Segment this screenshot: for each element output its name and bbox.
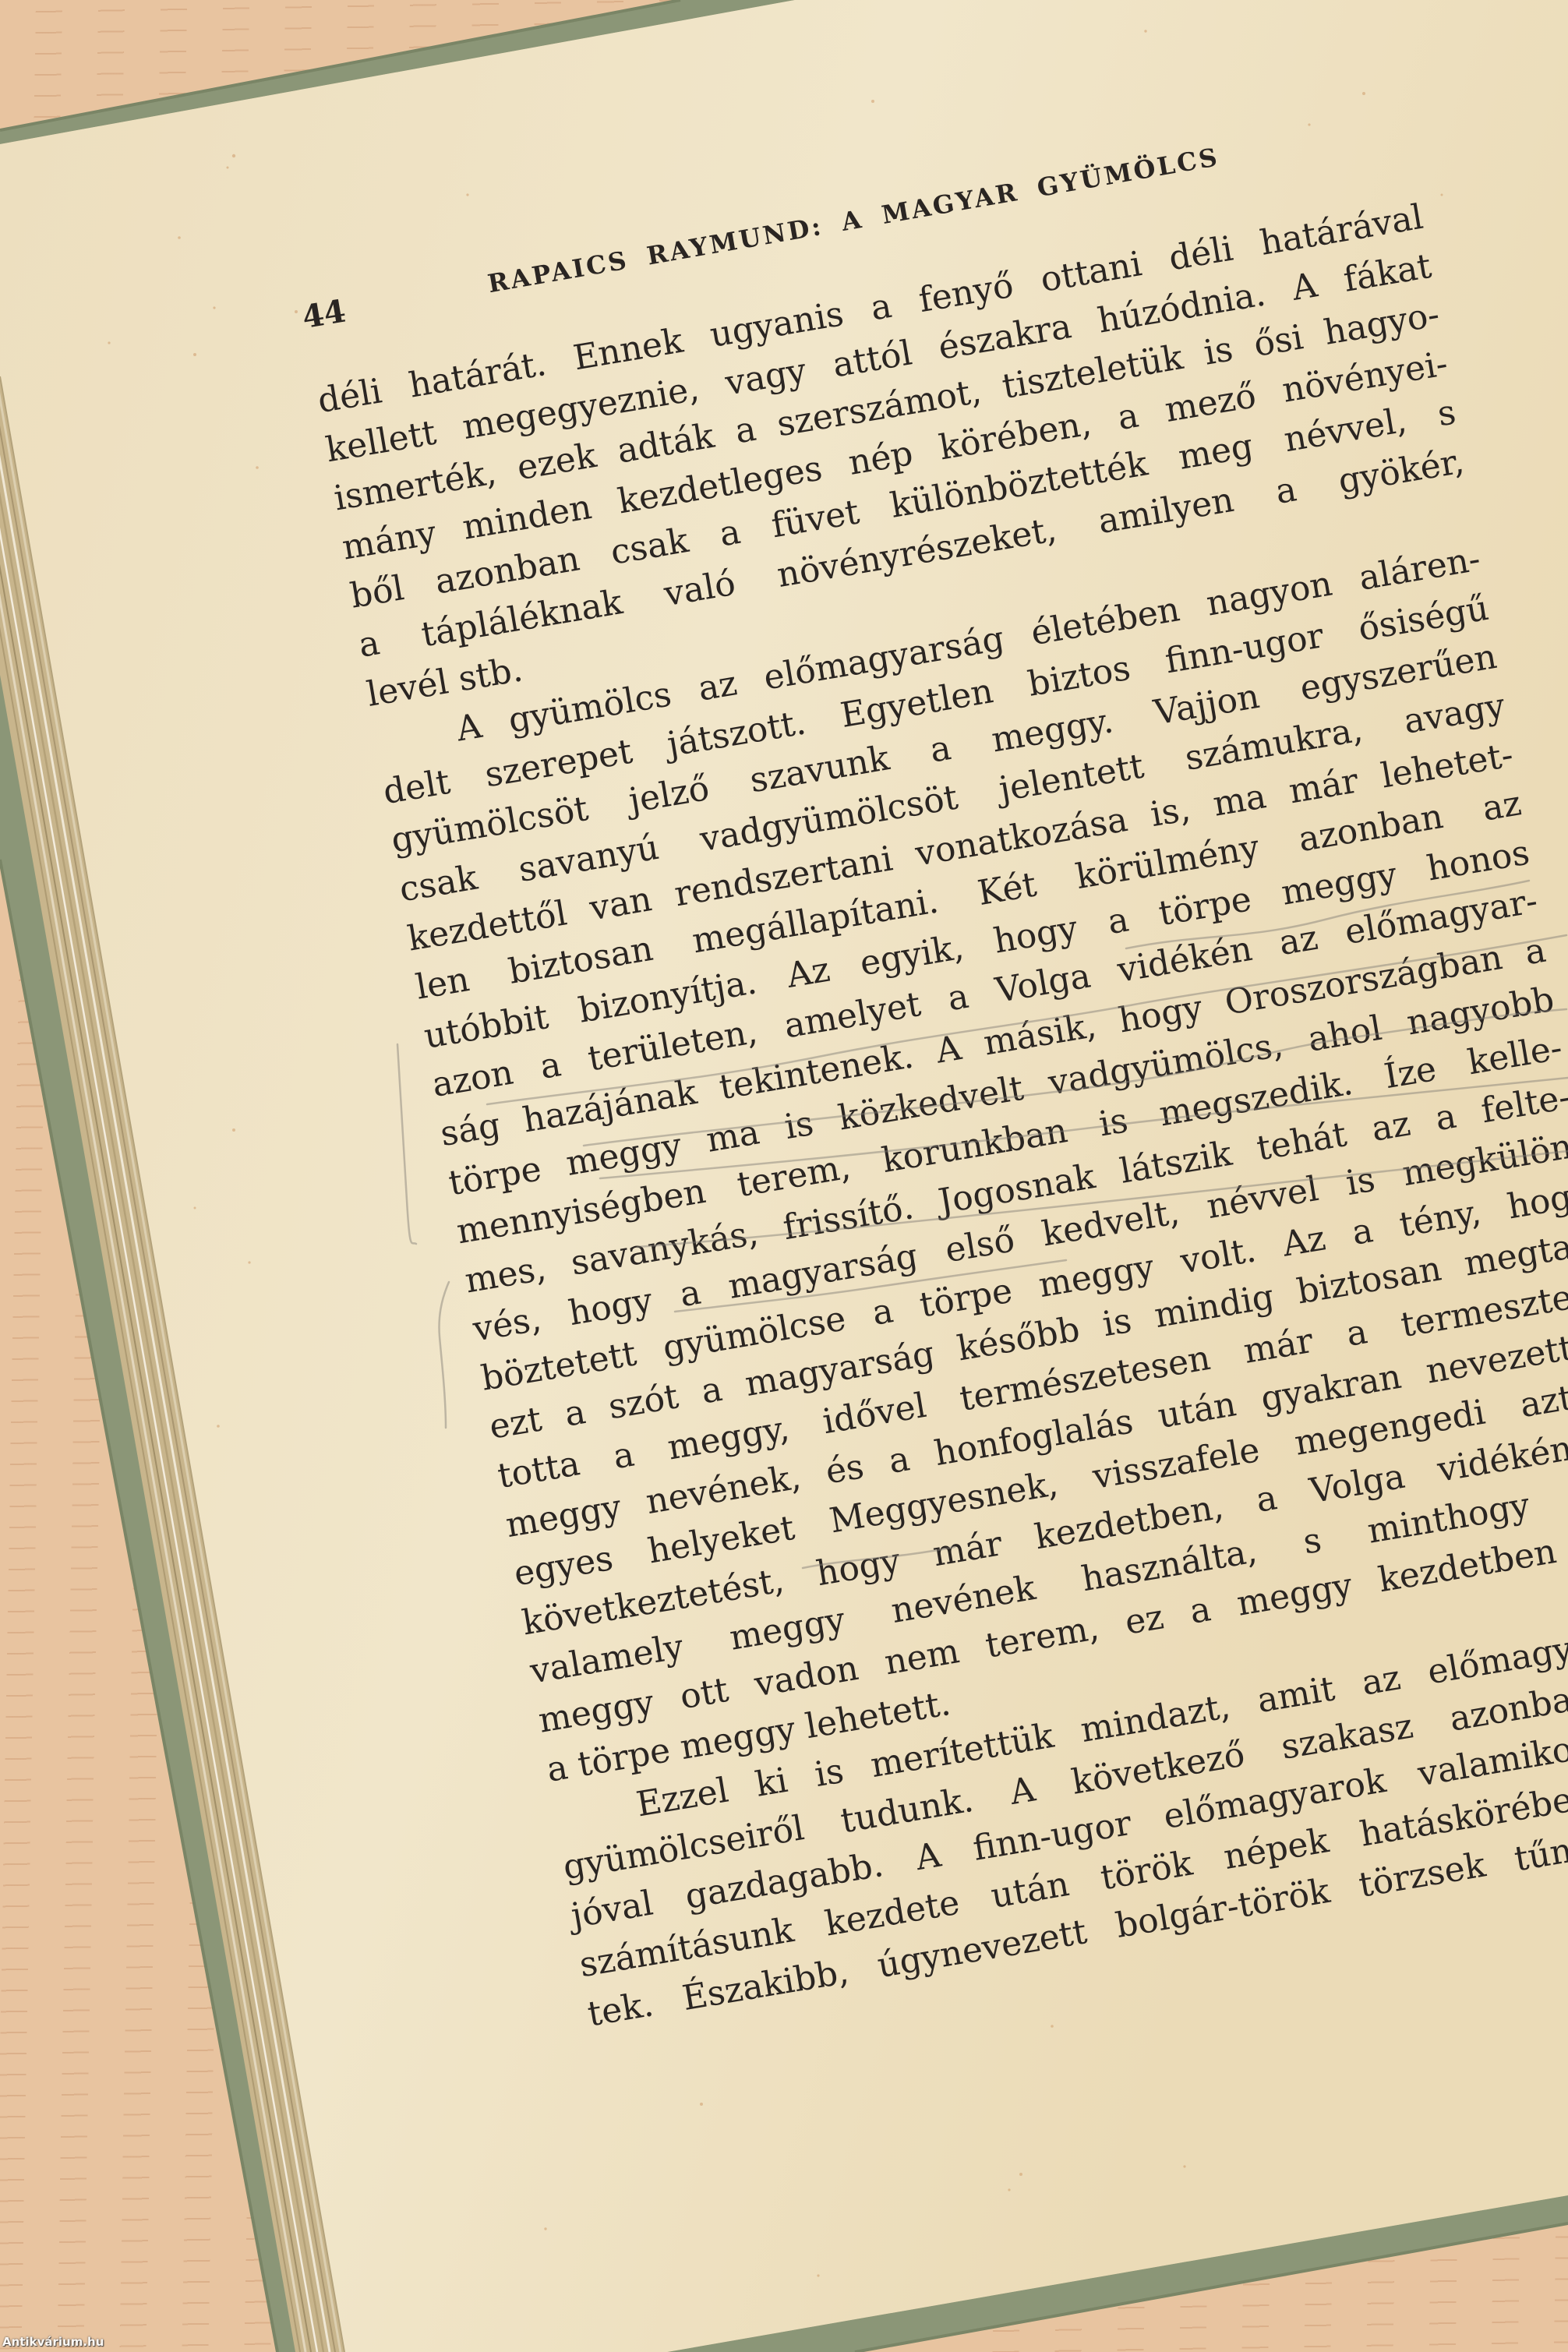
watermark: Antikvárium.hu xyxy=(2,2335,104,2349)
pencil-underline xyxy=(675,1260,1066,1312)
pencil-underline xyxy=(803,1547,955,1568)
pencil-underline xyxy=(600,1078,1568,1178)
pencil-margin-mark xyxy=(440,1282,450,1428)
pencil-annotations xyxy=(0,0,1568,2352)
book-photo: 44 RAPAICS RAYMUND: A MAGYAR GYÜMÖLCS dé… xyxy=(0,0,1568,2352)
pencil-underline xyxy=(487,935,1566,1104)
pencil-underline xyxy=(1126,881,1529,948)
pencil-underline xyxy=(584,1009,1566,1146)
pencil-margin-mark xyxy=(397,1044,416,1244)
pencil-underline xyxy=(637,1151,1568,1247)
